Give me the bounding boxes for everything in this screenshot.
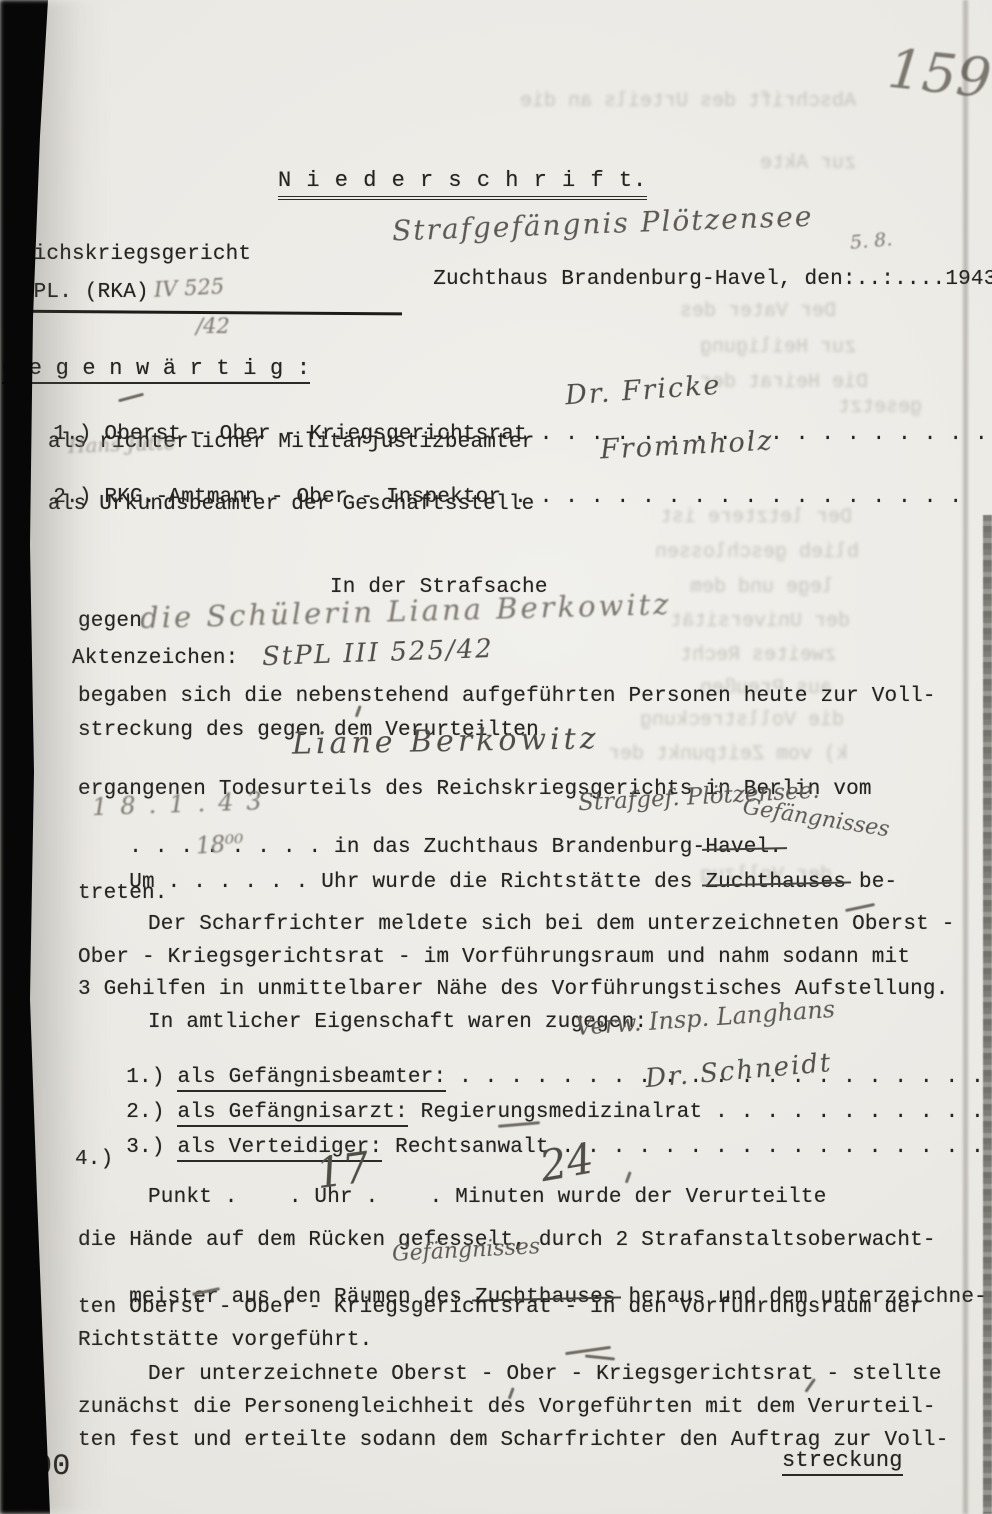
body-line: zunächst die Personengleichheit des Vorg… [78, 1396, 936, 1419]
present-item-2b: als Urkundsbeamter der Geschäftsstelle [48, 493, 534, 516]
handwritten-file-number: StPL III 525/42 [262, 634, 495, 672]
handwritten-org-note: IV 525 [153, 274, 224, 302]
be-hyphen: be- [846, 871, 897, 894]
handwritten-date-day: 5. 8. [849, 228, 893, 254]
scanned-document-page: Abschrift des Urteils an die zur Akte De… [0, 0, 992, 1514]
body-line: begaben sich die nebenstehend aufgeführt… [78, 685, 936, 708]
bleedthrough-text: lege und dem [690, 576, 834, 599]
handwritten-defendant-name: Liane Berkowitz [292, 721, 600, 761]
place-date-line: Zuchthaus Brandenburg-Havel, den:..:....… [382, 245, 992, 314]
bleedthrough-text: k) vom Zeitpunkt der [608, 743, 848, 766]
handwritten-officer-name: Verw. Insp. Langhans [574, 995, 836, 1041]
bleedthrough-text: Abschrift des Urteils an die [520, 90, 856, 113]
handwritten-exec-hour: 17 [313, 1143, 373, 1199]
body-line: In amtlicher Eigenschaft waren zugegen: [148, 1011, 647, 1034]
scan-film-edge-right [983, 515, 992, 1514]
body-line: Richtstätte vorgeführt. [78, 1329, 372, 1352]
attendee-3-dots: . . . . . . . . . . . . . . . . . [549, 1136, 984, 1159]
body-line: Ober - Kriegsgerichtsrat - im Vorführung… [78, 946, 910, 969]
pencil-mark [585, 1354, 615, 1360]
bleedthrough-text: zur Heiligung [700, 336, 856, 359]
uhr-text: Uhr wurde die Richtstätte des [308, 871, 705, 894]
attendee-3-num: 3.) [126, 1136, 177, 1159]
document-title: N i e d e r s c h r i f t. [278, 168, 647, 200]
pencil-mark [565, 1346, 611, 1355]
bleedthrough-text: zur Akte [760, 152, 856, 175]
scan-fold-line-right [963, 0, 968, 1514]
place-label: Zuchthaus Brandenburg-Havel, den [433, 268, 843, 291]
catchword-streckung: streckung [782, 1448, 903, 1476]
body-line: Der Scharfrichter meldete sich bei dem u… [148, 913, 955, 936]
handwritten-page-number: 159 [885, 37, 992, 110]
handwritten-place-correction: Strafgefängnis Plötzensee [392, 200, 814, 248]
bleedthrough-text: blieb geschlossen [655, 541, 859, 564]
present-item-2-dots: . . . . . . . . . . . . . . . . . . [514, 486, 962, 509]
year-label: 1943 [945, 268, 992, 291]
handwritten-exec-minute: 24 [536, 1134, 597, 1192]
bleedthrough-text: Die Heirat der [700, 371, 868, 394]
struck-zuchthauses: Zuchthauses [705, 871, 846, 894]
handwritten-defendant-line: die Schülerin Liana Berkowitz [140, 587, 672, 635]
bleedthrough-text: zweites Recht [680, 644, 836, 667]
bleedthrough-text: der Universität [670, 610, 850, 633]
execution-time-line: Punkt . . Uhr . . Minuten wurde der Veru… [148, 1186, 827, 1209]
handwritten-time-entered: 18⁰⁰ [195, 830, 244, 859]
bleedthrough-text: die Vollstreckung [640, 709, 844, 732]
date-dots: :..:.... [843, 268, 945, 291]
body-line: ten Oberst - Ober - Kriegsgerichtsrat - … [78, 1296, 923, 1319]
time-dots: . . . . [206, 871, 308, 894]
attendee-3-role: Rechtsanwalt [382, 1136, 548, 1159]
body-line: Der unterzeichnete Oberst - Ober - Krieg… [148, 1363, 942, 1386]
handwritten-org-note-2: /42 [196, 314, 230, 338]
